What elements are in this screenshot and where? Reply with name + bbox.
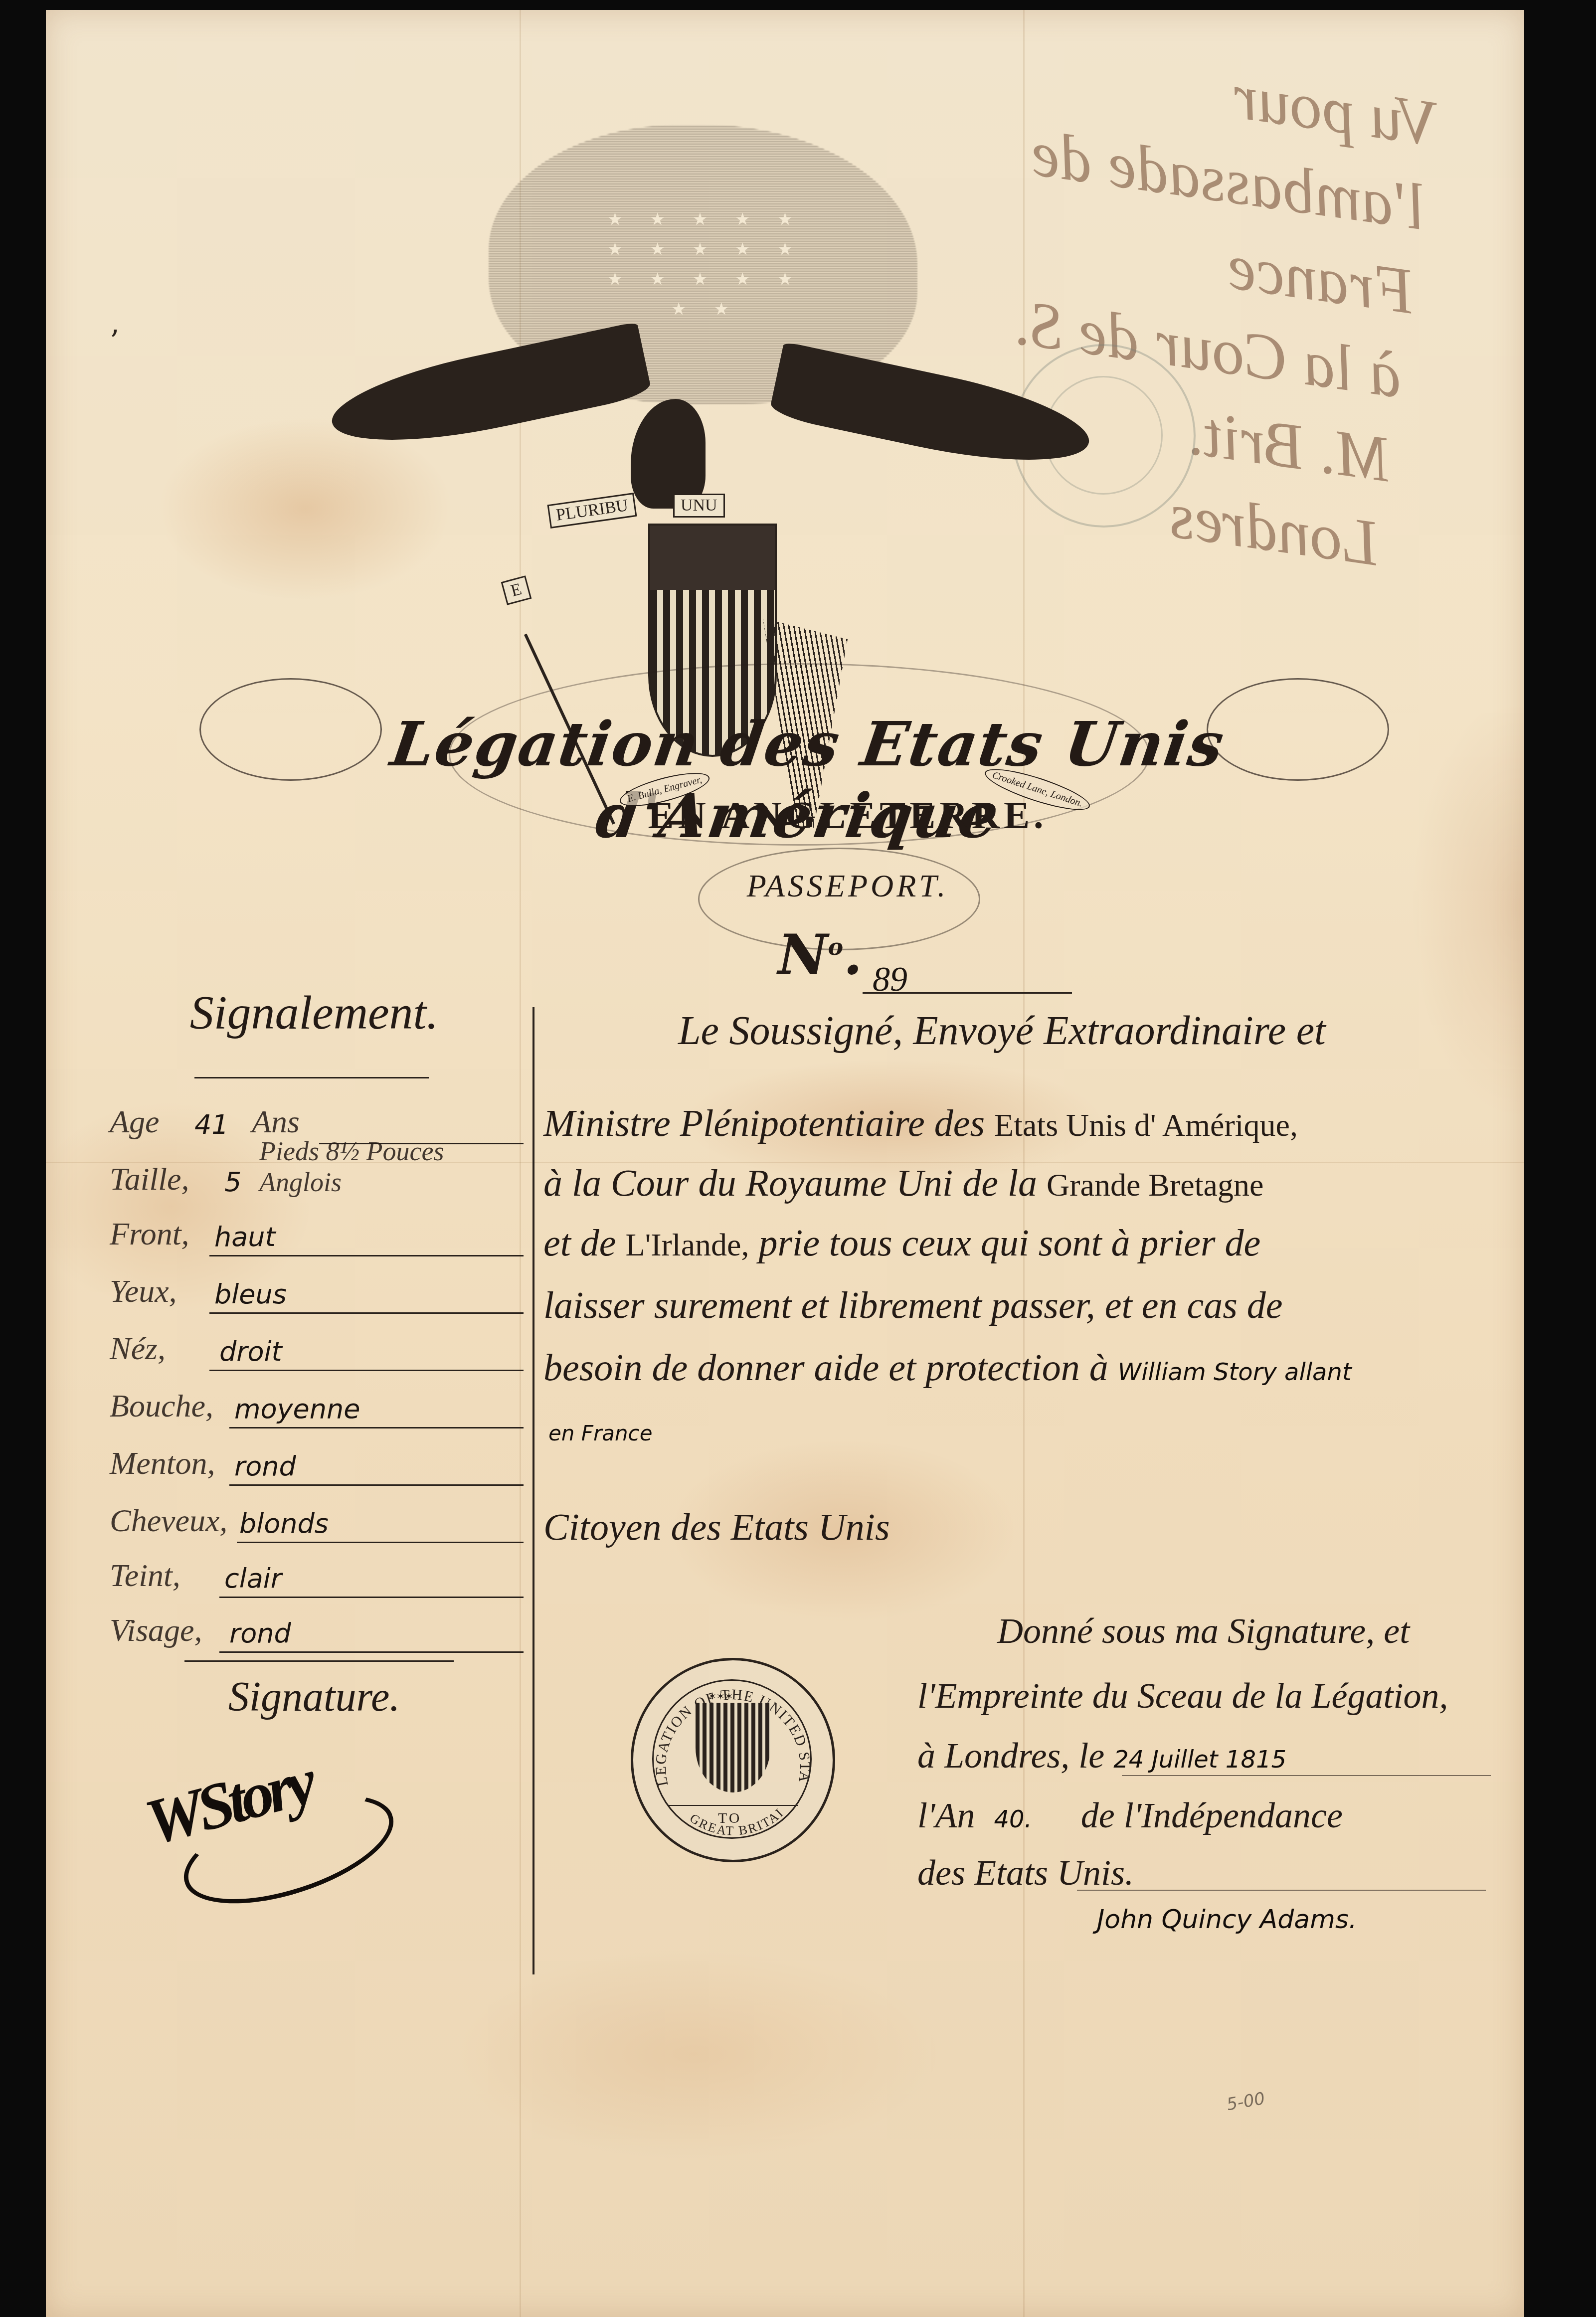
closing-rule: [1077, 1890, 1486, 1891]
field-value: haut: [214, 1221, 276, 1252]
traveler-name: William Story allant: [1118, 1358, 1352, 1386]
field-rule: [229, 1484, 524, 1486]
field-label: Front,: [110, 1216, 189, 1252]
field-label: Cheveux,: [110, 1502, 227, 1539]
eagle-emblem-engraving: ★ ★ ★ ★ ★ ★ ★ ★ ★ ★ ★ ★ ★ ★ ★ ★ ★ PLURIB…: [324, 115, 1246, 638]
field-label: Teint,: [110, 1557, 180, 1594]
field-yeux: Yeux, bleus: [110, 1259, 529, 1314]
seal-to-label: TO: [718, 1810, 741, 1827]
field-teint: Teint, clair: [110, 1543, 529, 1598]
field-menton: Menton, rond: [110, 1431, 529, 1486]
seal-stars-icon: ✶✶✶: [708, 1690, 733, 1702]
field-visage: Visage, rond: [110, 1598, 529, 1653]
field-rule: [209, 1312, 524, 1314]
motto-scroll: E: [501, 575, 532, 605]
field-label: Taille,: [110, 1161, 189, 1198]
motto-scroll: PLURIBU: [547, 493, 637, 529]
field-label: Visage,: [110, 1612, 202, 1649]
issue-date: 24 Juillet 1815: [1113, 1746, 1286, 1774]
body-script: et de: [543, 1222, 616, 1264]
number-underline: [863, 992, 1072, 994]
field-rule: [229, 1427, 524, 1428]
field-value: 5: [224, 1166, 241, 1198]
field-label: Néz,: [110, 1330, 166, 1367]
field-cheveux: Cheveux, blonds: [110, 1488, 529, 1543]
closing-script: à Londres, le: [917, 1736, 1104, 1776]
field-value: 41: [194, 1109, 229, 1140]
independence-year: 40.: [994, 1805, 1032, 1833]
closing-script: l'An: [917, 1795, 975, 1835]
signalement-heading: Signalement.: [165, 985, 464, 1040]
stars-icon: ★ ★ ★ ★ ★ ★ ★ ★ ★ ★ ★ ★ ★ ★ ★ ★ ★: [593, 204, 818, 324]
closing-line-4: l'An 40. de l'Indépendance: [917, 1795, 1343, 1836]
number-label: No.: [778, 922, 863, 987]
seal-eagle-shield-icon: [696, 1703, 770, 1792]
document-type-label: PASSEPORT.: [673, 868, 1022, 904]
holder-signature: WStory: [145, 1765, 424, 1910]
field-taille: Taille, 5 Pieds 8½ Pouces Anglois: [110, 1147, 529, 1202]
field-rule: [219, 1651, 524, 1653]
field-suffix: Pieds 8½ Pouces Anglois: [259, 1136, 529, 1198]
field-value: blonds: [239, 1508, 329, 1539]
field-value: rond: [229, 1617, 291, 1649]
eagle-left-wing-icon: [325, 322, 652, 461]
closing-line-1: Donné sous ma Signature, et: [997, 1610, 1410, 1652]
body-roman: L'Irlande,: [626, 1227, 749, 1262]
body-roman: Grande Bretagne: [1047, 1167, 1263, 1203]
signature-label: Signature.: [165, 1673, 464, 1721]
body-script: prie tous ceux qui sont à prier de: [758, 1222, 1260, 1264]
eagle-head-icon: [631, 399, 706, 509]
field-value: moyenne: [234, 1393, 360, 1425]
motto-scroll: UNU: [673, 494, 725, 518]
destination: en France: [548, 1421, 653, 1445]
field-value: bleus: [214, 1278, 287, 1310]
field-label: Age: [110, 1103, 160, 1140]
body-line-2: Ministre Plénipotentiaire des Etats Unis…: [543, 1102, 1298, 1145]
heading-underline: [194, 1077, 429, 1078]
body-script: besoin de donner aide et protection à: [543, 1347, 1108, 1389]
body-script: Ministre Plénipotentiaire des: [543, 1102, 985, 1144]
field-front: Front, haut: [110, 1202, 529, 1256]
field-label: Bouche,: [110, 1388, 213, 1425]
body-line-3: à la Cour du Royaume Uni de la Grande Br…: [543, 1162, 1263, 1205]
field-label: Menton,: [110, 1445, 215, 1482]
field-nez: Néz, droit: [110, 1316, 529, 1371]
field-label: Yeux,: [110, 1273, 177, 1310]
closing-script: de l'Indépendance: [1081, 1795, 1343, 1835]
seal-divider: [668, 1805, 798, 1806]
field-value: rond: [234, 1450, 296, 1482]
body-roman: Etats Unis d' Amérique,: [994, 1107, 1298, 1143]
field-value: clair: [224, 1563, 282, 1594]
margin-mark: ’: [110, 324, 119, 359]
field-rule: [209, 1370, 524, 1371]
column-divider: [532, 1007, 534, 1974]
body-line-1: Le Soussigné, Envoyé Extraordinaire et: [678, 1007, 1326, 1054]
citizenship-line: Citoyen des Etats Unis: [543, 1506, 890, 1549]
eagle-right-wing-icon: [768, 342, 1096, 481]
subtitle-en-angleterre: EN ANGLETERRE.: [598, 793, 1097, 838]
body-script: à la Cour du Royaume Uni de la: [543, 1162, 1037, 1204]
field-value: droit: [219, 1336, 282, 1367]
fields-end-rule: [184, 1660, 454, 1662]
passport-number: 89: [873, 960, 907, 1000]
legation-seal: LEGATION OF THE UNITED STATES OF AMERICA…: [631, 1658, 835, 1862]
closing-line-3: à Londres, le 24 Juillet 1815: [917, 1735, 1286, 1777]
envoy-signature: John Quincy Adams.: [1097, 1905, 1357, 1935]
number-label-sup: o: [828, 933, 844, 960]
field-suffix: Ans: [252, 1103, 300, 1140]
field-rule: [209, 1255, 524, 1256]
body-line-5: laisser surement et librement passer, et…: [543, 1284, 1282, 1327]
closing-line-5: des Etats Unis.: [917, 1852, 1134, 1894]
body-line-4: et de L'Irlande, prie tous ceux qui sont…: [543, 1222, 1260, 1265]
date-rule: [1122, 1775, 1491, 1776]
field-bouche: Bouche, moyenne: [110, 1374, 529, 1428]
body-line-6: besoin de donner aide et protection à Wi…: [543, 1346, 1352, 1390]
closing-line-2: l'Empreinte du Sceau de la Légation,: [917, 1675, 1448, 1717]
number-label-letter: N: [778, 922, 828, 987]
